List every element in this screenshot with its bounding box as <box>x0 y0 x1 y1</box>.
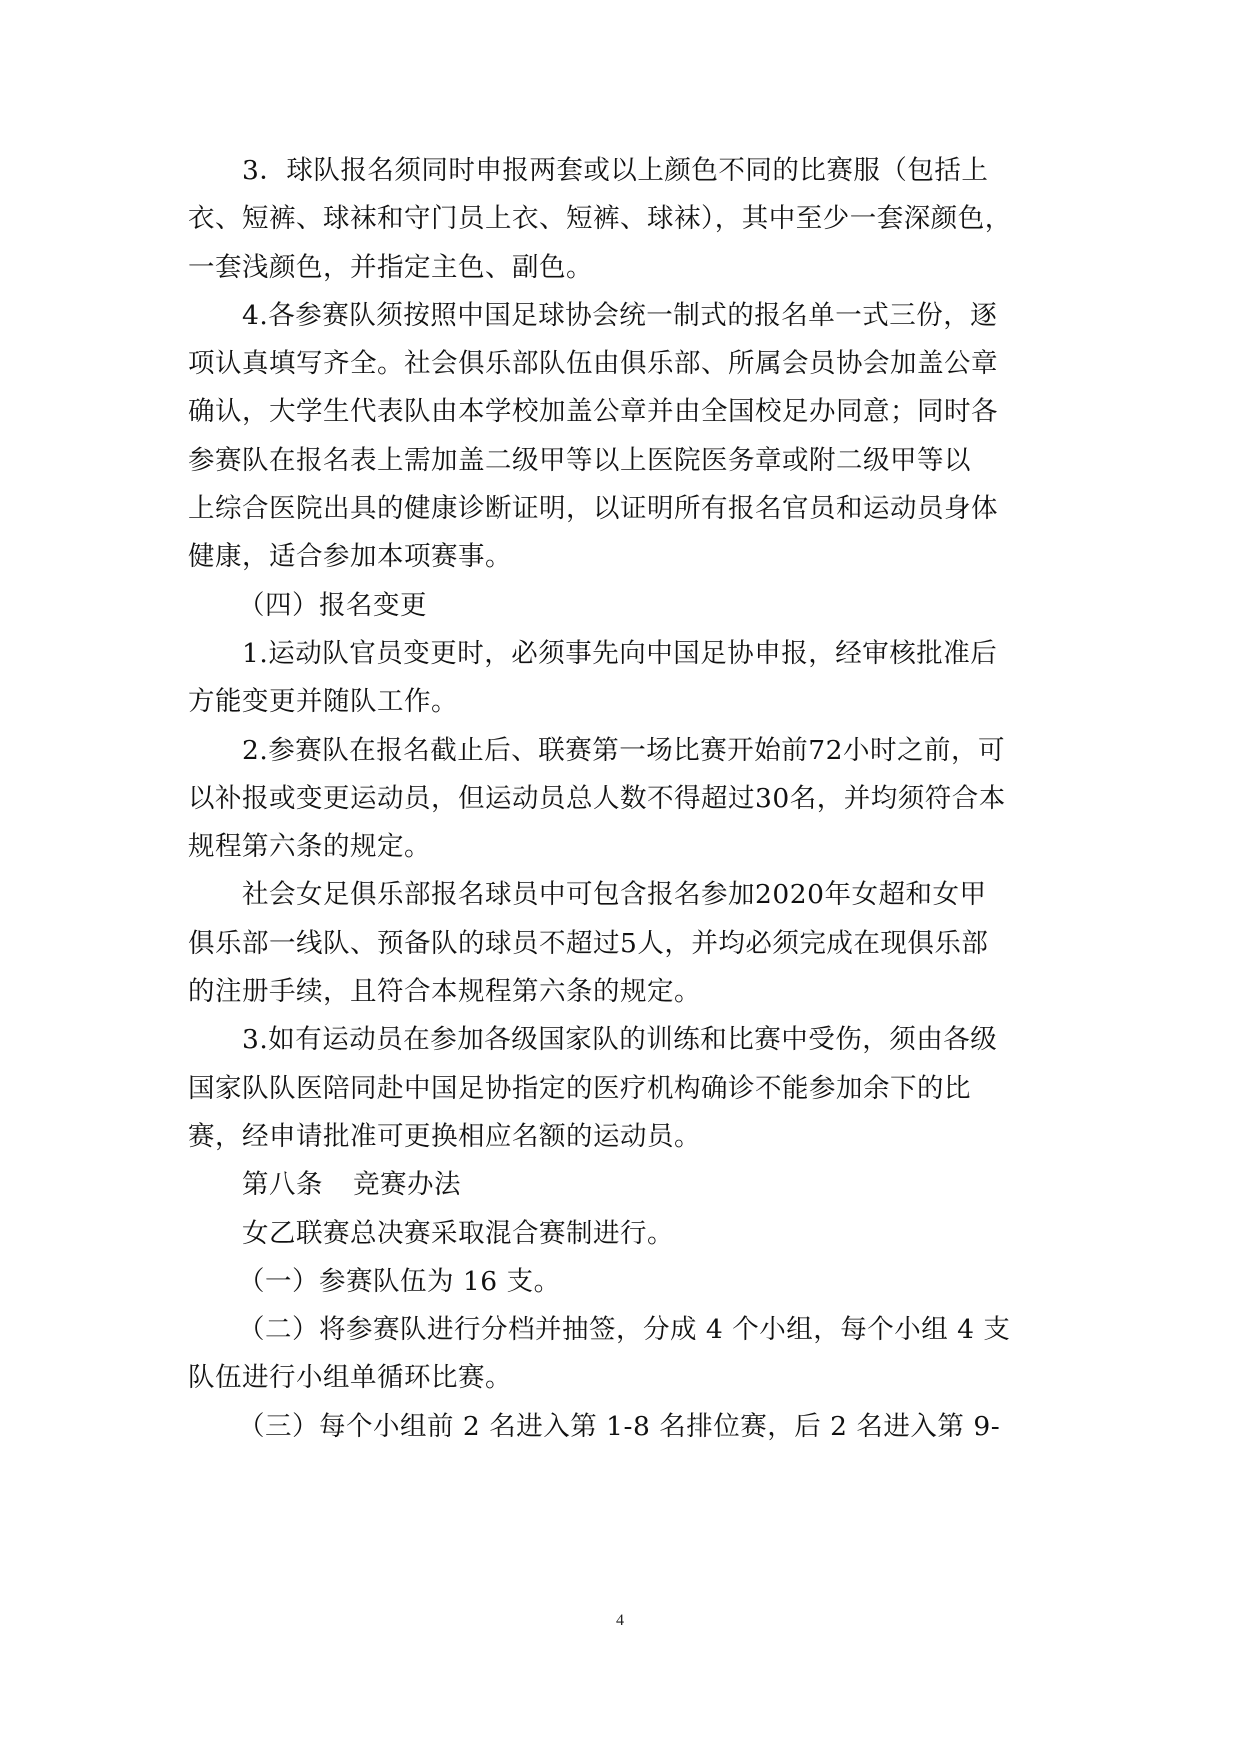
page-number: 4 <box>0 1612 1240 1630</box>
text-line: 社会女足俱乐部报名球员中可包含报名参加2020年女超和女甲 <box>188 871 1054 919</box>
document-page: 3．球队报名须同时申报两套或以上颜色不同的比赛服（包括上 衣、短裤、球袜和守门员… <box>188 147 1054 1451</box>
text-line: 项认真填写齐全。社会俱乐部队伍由俱乐部、所属会员协会加盖公章 <box>188 340 1054 388</box>
text-line: 3．球队报名须同时申报两套或以上颜色不同的比赛服（包括上 <box>188 147 1054 195</box>
text-line: 4.各参赛队须按照中国足球协会统一制式的报名单一式三份，逐 <box>188 292 1054 340</box>
article-title: 竞赛办法 <box>353 1169 461 1200</box>
paragraph-change-item-2: 2.参赛队在报名截止后、联赛第一场比赛开始前72小时之前，可 以补报或变更运动员… <box>188 727 1054 872</box>
article-item-1: （一）参赛队伍为 16 支。 <box>188 1258 1054 1306</box>
text-line: （二）将参赛队进行分档并抽签，分成 4 个小组，每个小组 4 支 <box>188 1306 1054 1354</box>
text-line: 队伍进行小组单循环比赛。 <box>188 1354 1054 1402</box>
text-line: 确认，大学生代表队由本学校加盖公章并由全国校足办同意；同时各 <box>188 388 1054 436</box>
text-line: 俱乐部一线队、预备队的球员不超过5人，并均必须完成在现俱乐部 <box>188 920 1054 968</box>
text-line: 一套浅颜色，并指定主色、副色。 <box>188 244 1054 292</box>
text-line: （一）参赛队伍为 16 支。 <box>188 1258 1054 1306</box>
article-item-2: （二）将参赛队进行分档并抽签，分成 4 个小组，每个小组 4 支 队伍进行小组单… <box>188 1306 1054 1403</box>
text-line: （三）每个小组前 2 名进入第 1-8 名排位赛，后 2 名进入第 9- <box>188 1403 1054 1451</box>
text-line: 赛，经申请批准可更换相应名额的运动员。 <box>188 1113 1054 1161</box>
paragraph-uniforms: 3．球队报名须同时申报两套或以上颜色不同的比赛服（包括上 衣、短裤、球袜和守门员… <box>188 147 1054 292</box>
text-line: 规程第六条的规定。 <box>188 823 1054 871</box>
article-heading: 第八条竞赛办法 <box>188 1161 1054 1209</box>
text-line: 国家队队医陪同赴中国足协指定的医疗机构确诊不能参加余下的比 <box>188 1065 1054 1113</box>
text-line: 衣、短裤、球袜和守门员上衣、短裤、球袜），其中至少一套深颜色， <box>188 195 1054 243</box>
article-number: 第八条 <box>242 1169 323 1200</box>
article-intro: 女乙联赛总决赛采取混合赛制进行。 <box>188 1210 1054 1258</box>
paragraph-club-players-note: 社会女足俱乐部报名球员中可包含报名参加2020年女超和女甲 俱乐部一线队、预备队… <box>188 871 1054 1016</box>
text-line: 3.如有运动员在参加各级国家队的训练和比赛中受伤，须由各级 <box>188 1016 1054 1064</box>
text-line: 的注册手续，且符合本规程第六条的规定。 <box>188 968 1054 1016</box>
text-line: 参赛队在报名表上需加盖二级甲等以上医院医务章或附二级甲等以 <box>188 437 1054 485</box>
text-line: 1.运动队官员变更时，必须事先向中国足协申报，经审核批准后 <box>188 630 1054 678</box>
paragraph-change-item-1: 1.运动队官员变更时，必须事先向中国足协申报，经审核批准后 方能变更并随队工作。 <box>188 630 1054 727</box>
paragraph-change-item-3: 3.如有运动员在参加各级国家队的训练和比赛中受伤，须由各级 国家队队医陪同赴中国… <box>188 1016 1054 1161</box>
text-line: 方能变更并随队工作。 <box>188 678 1054 726</box>
section-heading-registration-change: （四）报名变更 <box>188 582 1054 630</box>
text-line: 2.参赛队在报名截止后、联赛第一场比赛开始前72小时之前，可 <box>188 727 1054 775</box>
paragraph-registration-form: 4.各参赛队须按照中国足球协会统一制式的报名单一式三份，逐 项认真填写齐全。社会… <box>188 292 1054 582</box>
text-line: 健康，适合参加本项赛事。 <box>188 533 1054 581</box>
text-line: 以补报或变更运动员，但运动员总人数不得超过30名，并均须符合本 <box>188 775 1054 823</box>
section-heading: （四）报名变更 <box>188 582 1054 630</box>
text-line: 上综合医院出具的健康诊断证明，以证明所有报名官员和运动员身体 <box>188 485 1054 533</box>
article-item-3: （三）每个小组前 2 名进入第 1-8 名排位赛，后 2 名进入第 9- <box>188 1403 1054 1451</box>
